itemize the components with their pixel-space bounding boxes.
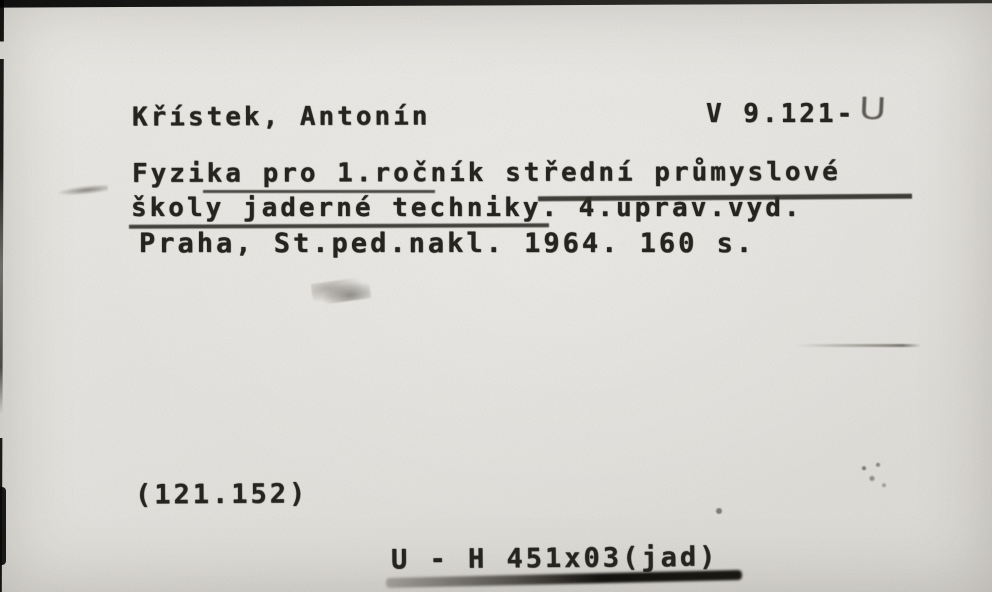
speckle-smudge [852, 458, 892, 492]
handwritten-u-mark: U [858, 92, 891, 128]
classification-number: (121.152) [135, 478, 309, 510]
imprint-line: Praha, St.ped.nakl. 1964. 160 s. [139, 228, 755, 259]
scan-edge-top [0, 0, 992, 8]
right-streak-smudge [796, 344, 921, 347]
scan-edge-left-blob [0, 487, 6, 565]
call-number: V 9.121- [706, 99, 855, 129]
center-smudge [311, 276, 371, 306]
title-line-2: školy jaderné techniky. 4.uprav.vyd. [131, 193, 803, 223]
library-catalog-card: Křístek, Antonín V 9.121- U Fyzika pro 1… [0, 0, 992, 592]
scan-edge-left [0, 0, 4, 592]
pen-stroke-smudge [56, 183, 109, 197]
shelf-code: U - H 451x03(jad) [391, 542, 719, 576]
ink-dot [716, 508, 722, 514]
title-line-1: Fyzika pro 1.ročník střední průmyslové [132, 157, 841, 189]
author-heading: Křístek, Antonín [132, 101, 431, 132]
